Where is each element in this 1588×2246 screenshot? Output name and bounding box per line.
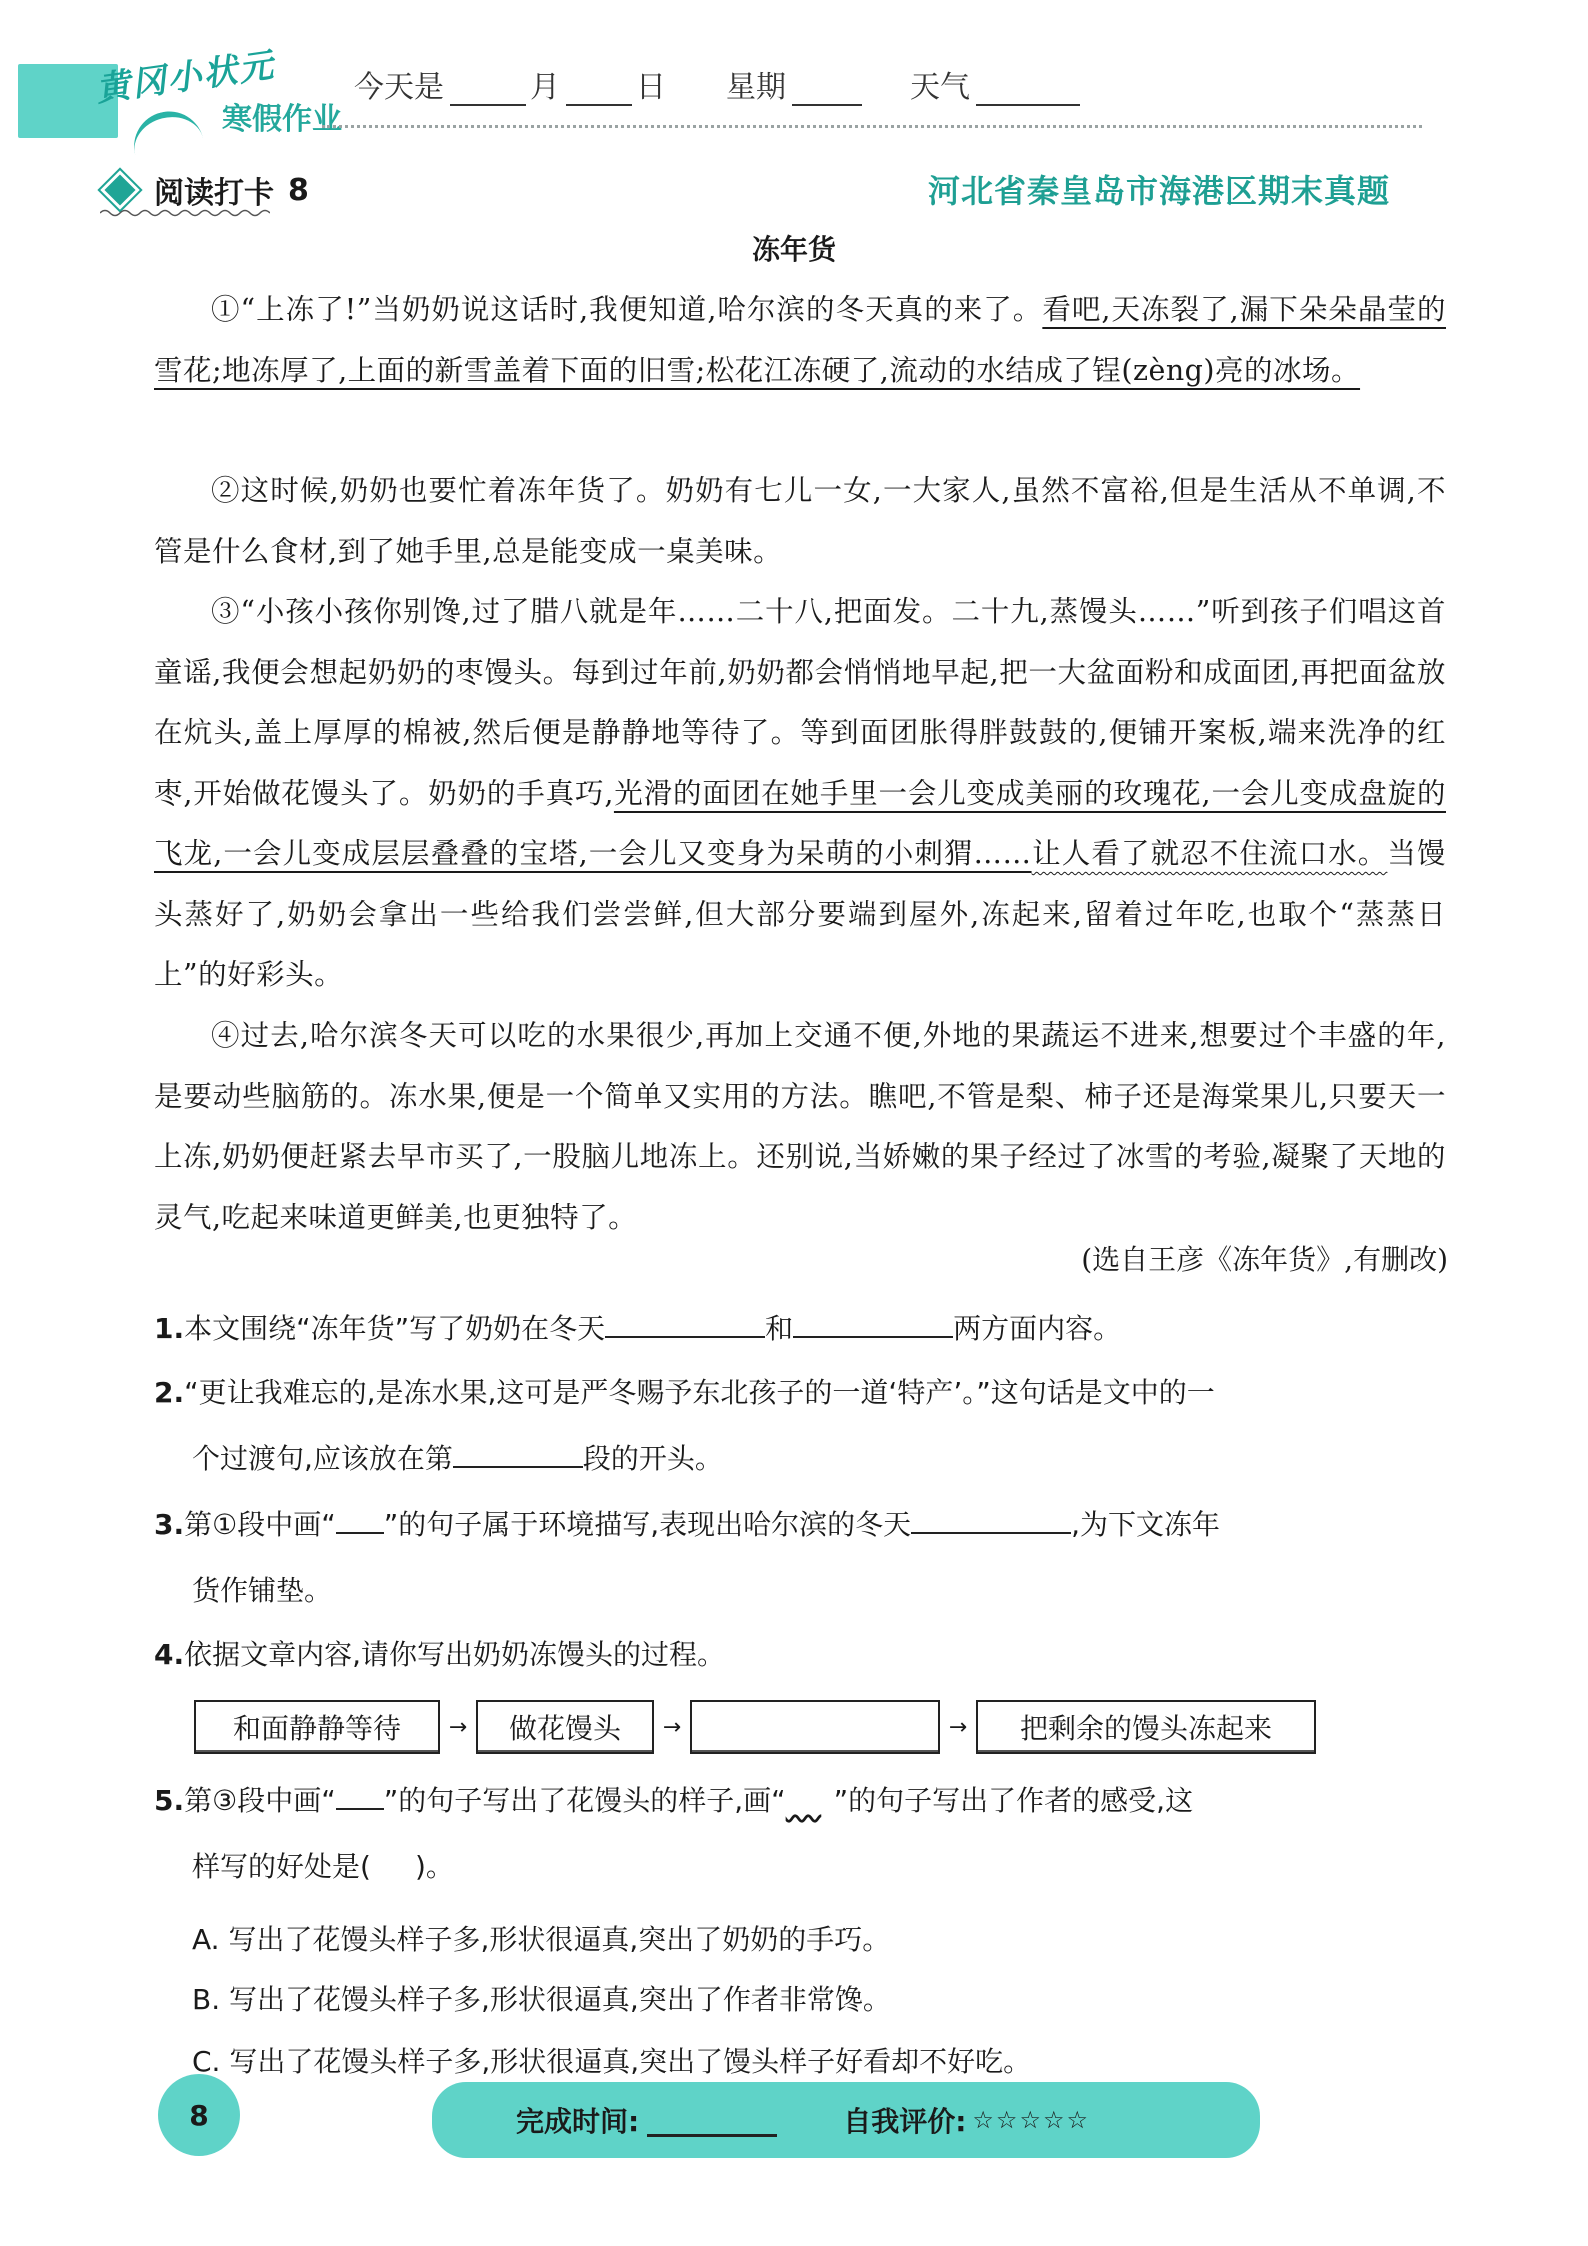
flow-step-4: 把剩余的馒头冻起来	[976, 1700, 1316, 1754]
question-text: 样写的好处是(	[192, 1850, 371, 1883]
brand-subtitle: 寒假作业	[222, 94, 342, 138]
weather-field[interactable]	[976, 74, 1080, 106]
completion-time-field[interactable]	[647, 2104, 777, 2137]
star-rating-icon[interactable]: ☆☆☆☆☆	[972, 2106, 1090, 2134]
answer-blank-1b[interactable]	[793, 1306, 953, 1338]
citation: (选自王彦《冻年货》,有删改)	[1081, 1238, 1448, 1278]
question-text: 第③段中画“	[184, 1784, 336, 1817]
option-a[interactable]: A. 写出了花馒头样子多,形状很逼真,突出了奶奶的手巧。	[192, 1918, 890, 1958]
question-1: 1.本文围绕“冻年货”写了奶奶在冬天和两方面内容。	[154, 1296, 1454, 1362]
flow-step-1: 和面静静等待	[194, 1700, 440, 1754]
straight-underline-mark	[336, 1784, 384, 1810]
question-number: 4.	[154, 1638, 184, 1671]
today-label: 今天是	[354, 62, 444, 106]
question-text: 个过渡句,应该放在第	[192, 1442, 453, 1475]
weekday-label: 星期	[726, 62, 786, 106]
option-b[interactable]: B. 写出了花馒头样子多,形状很逼真,突出了作者非常馋。	[192, 1978, 891, 2018]
month-field[interactable]	[450, 74, 526, 106]
paragraph-2: ②这时候,奶奶也要忙着冻年货了。奶奶有七儿一女,一大家人,虽然不富裕,但是生活从…	[154, 461, 1446, 582]
answer-blank-3[interactable]	[911, 1502, 1071, 1534]
section-heading: 阅读打卡 8	[100, 168, 309, 212]
arrow-right-icon: →	[940, 1715, 976, 1740]
flow-step-3-blank[interactable]	[690, 1700, 940, 1754]
section-title: 阅读打卡	[154, 168, 274, 212]
paragraph-4: ④过去,哈尔滨冬天可以吃的水果很少,再加上交通不便,外地的果蔬运不进来,想要过个…	[154, 1006, 1446, 1248]
month-label: 月	[530, 62, 560, 106]
question-number: 2.	[154, 1376, 184, 1409]
day-label: 日	[636, 62, 666, 106]
question-4: 4.依据文章内容,请你写出奶奶冻馒头的过程。	[154, 1622, 1454, 1688]
diamond-icon	[100, 170, 140, 210]
date-line: 今天是 月 日 星期 天气	[354, 62, 1084, 106]
question-number: 5.	[154, 1784, 184, 1817]
question-text: ”的句子属于环境描写,表现出哈尔滨的冬天	[384, 1508, 911, 1541]
weekday-field[interactable]	[792, 74, 862, 106]
paragraph-text: ②这时候,奶奶也要忙着冻年货了。奶奶有七儿一女,一大家人,虽然不富裕,但是生活从…	[154, 474, 1446, 568]
paragraph-text: ④过去,哈尔滨冬天可以吃的水果很少,再加上交通不便,外地的果蔬运不进来,想要过个…	[154, 1019, 1446, 1234]
question-text: 第①段中画“	[184, 1508, 336, 1541]
question-3: 3.第①段中画“”的句子属于环境描写,表现出哈尔滨的冬天,为下文冻年 货作铺垫。	[154, 1492, 1454, 1624]
paragraph-1: ①“上冻了!”当奶奶说这话时,我便知道,哈尔滨的冬天真的来了。看吧,天冻裂了,漏…	[154, 280, 1446, 401]
question-text: )。	[415, 1850, 454, 1883]
answer-blank-1a[interactable]	[605, 1306, 765, 1338]
article-title: 冻年货	[0, 228, 1588, 268]
page-number: 8	[158, 2074, 240, 2156]
arrow-right-icon: →	[440, 1715, 476, 1740]
source-title: 河北省秦皇岛市海港区期末真题	[928, 166, 1390, 212]
question-2: 2.“更让我难忘的,是冻水果,这可是严冬赐予东北孩子的一道‘特产’。”这句话是文…	[154, 1360, 1454, 1492]
question-text: 两方面内容。	[953, 1312, 1121, 1345]
completion-time-label: 完成时间:	[516, 2100, 639, 2140]
paragraph-text: ①“上冻了!”当奶奶说这话时,我便知道,哈尔滨的冬天真的来了。	[211, 293, 1042, 326]
wavy-underlined-feeling-sentence: 让人看了就忍不住流口水。	[1032, 837, 1388, 870]
straight-underline-mark	[336, 1508, 384, 1534]
wavy-underline-mark	[786, 1768, 834, 1792]
question-number: 1.	[154, 1312, 184, 1345]
question-text: 依据文章内容,请你写出奶奶冻馒头的过程。	[184, 1638, 725, 1671]
question-text: “更让我难忘的,是冻水果,这可是严冬赐予东北孩子的一道‘特产’。”这句话是文中的…	[184, 1376, 1215, 1409]
question-number: 3.	[154, 1508, 184, 1541]
arrow-right-icon: →	[654, 1715, 690, 1740]
question-text: 货作铺垫。	[192, 1574, 332, 1607]
question-text: 和	[765, 1312, 793, 1345]
question-text: 本文围绕“冻年货”写了奶奶在冬天	[184, 1312, 605, 1345]
question-text: ”的句子写出了花馒头的样子,画“	[384, 1784, 786, 1817]
self-eval-label: 自我评价:	[843, 2100, 966, 2140]
question-text: 段的开头。	[583, 1442, 723, 1475]
wavy-underline-decoration	[100, 208, 270, 218]
question-text: ,为下文冻年	[1071, 1508, 1220, 1541]
day-field[interactable]	[566, 74, 632, 106]
answer-blank-2[interactable]	[453, 1436, 583, 1468]
weather-label: 天气	[910, 62, 970, 106]
footer-bar: 完成时间: 自我评价: ☆☆☆☆☆	[432, 2082, 1260, 2158]
question-5: 5.第③段中画“”的句子写出了花馒头的样子,画“ ”的句子写出了作者的感受,这 …	[154, 1768, 1454, 1900]
section-number: 8	[288, 173, 309, 208]
paragraph-3: ③“小孩小孩你别馋,过了腊八就是年……二十八,把面发。二十九,蒸馒头……”听到孩…	[154, 582, 1446, 1006]
process-flow: 和面静静等待 → 做花馒头 → → 把剩余的馒头冻起来	[194, 1700, 1316, 1754]
question-text: ”的句子写出了作者的感受,这	[834, 1784, 1193, 1817]
option-c[interactable]: C. 写出了花馒头样子多,形状很逼真,突出了馒头样子好看却不好吃。	[192, 2040, 1031, 2080]
flow-step-2: 做花馒头	[476, 1700, 654, 1754]
header-divider	[322, 125, 1422, 128]
